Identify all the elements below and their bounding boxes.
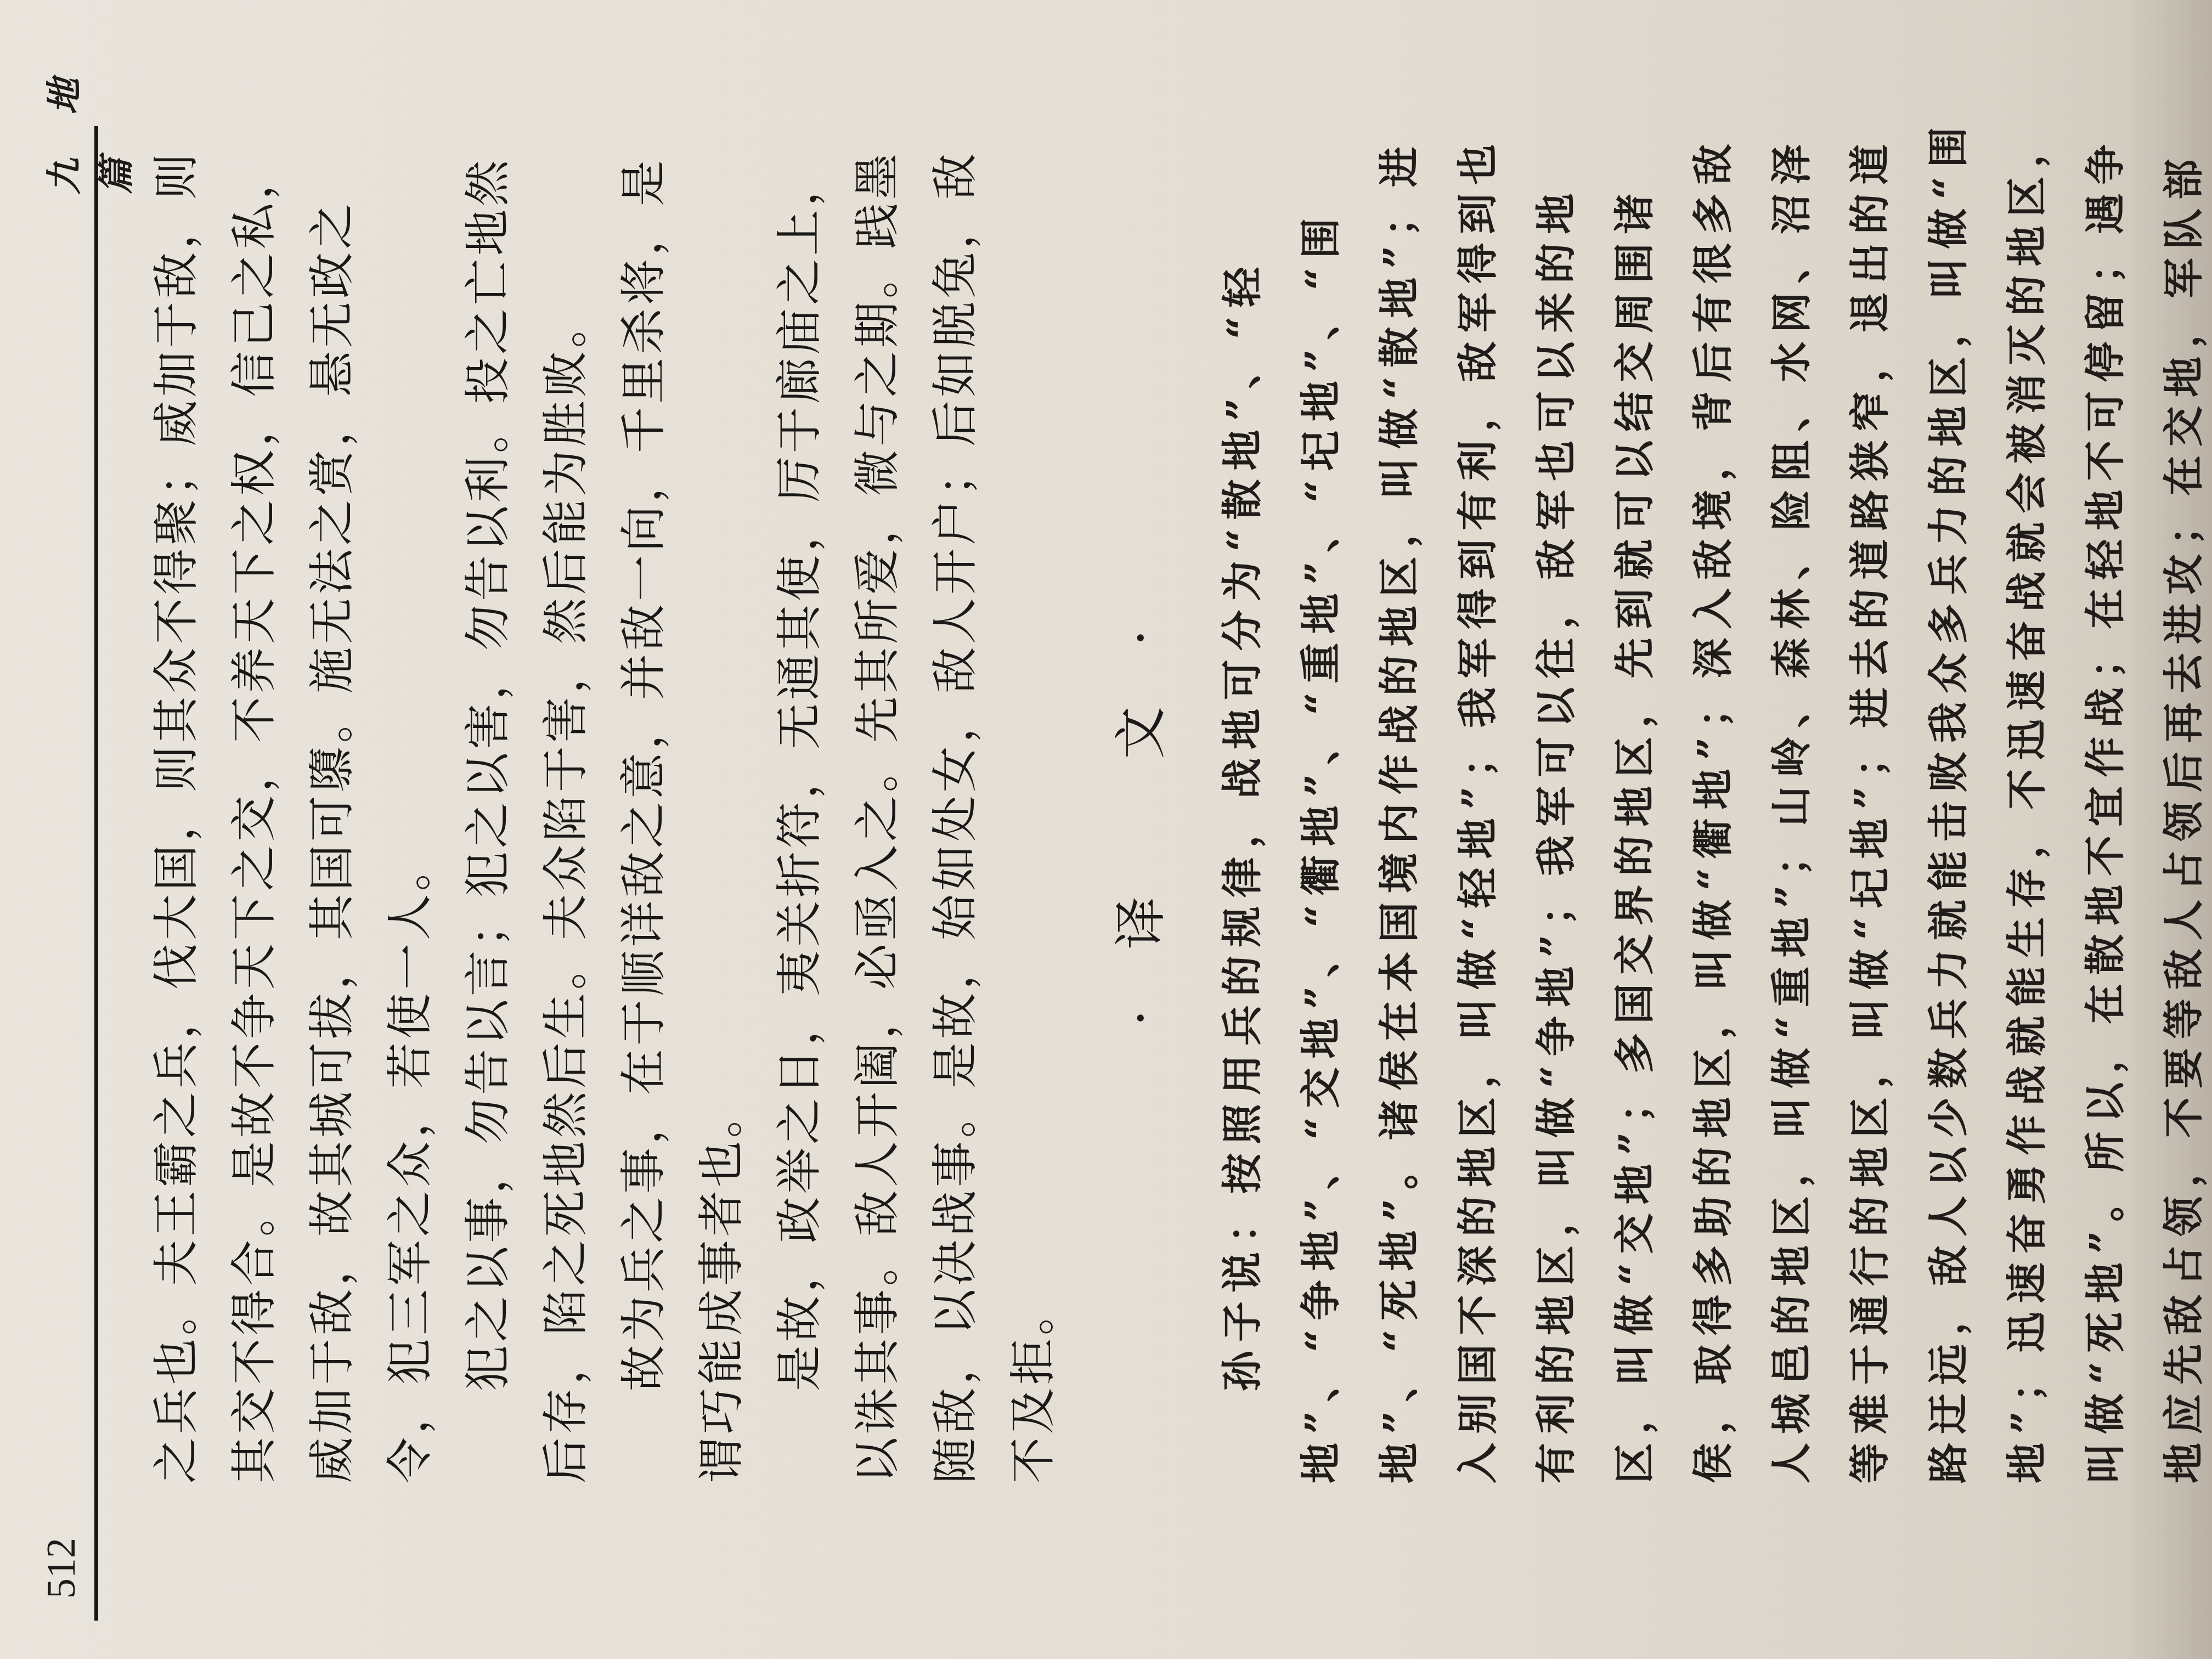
translation-paragraph: 孙子说：按照用兵的规律，战地可分为“散地”、“轻地”、“争地”、“交地”、“衢地… bbox=[1204, 112, 2212, 1483]
original-paragraph: 故为兵之事，在于顺详敌之意，并敌一向，千里杀将，是谓巧能成事者也。 bbox=[605, 112, 760, 1483]
page-number: 512 bbox=[38, 1538, 85, 1599]
original-text-section: 之兵也。夫王霸之兵，伐大国，则其众不得聚；威加于敌，则其交不得合。是故不争天下之… bbox=[137, 112, 1072, 1483]
original-paragraph: 之兵也。夫王霸之兵，伐大国，则其众不得聚；威加于敌，则其交不得合。是故不争天下之… bbox=[137, 112, 449, 1483]
original-paragraph: 犯之以事，勿告以言；犯之以害，勿告以利。投之亡地然后存，陷之死地然后生。夫众陷于… bbox=[449, 112, 605, 1483]
running-chapter-title: 九 地 篇 bbox=[35, 0, 139, 194]
translation-section: 孙子说：按照用兵的规律，战地可分为“散地”、“轻地”、“争地”、“交地”、“衢地… bbox=[1204, 112, 2212, 1483]
page-body: 之兵也。夫王霸之兵，伐大国，则其众不得聚；威加于敌，则其交不得合。是故不争天下之… bbox=[137, 112, 2212, 1483]
page-header: 512 九 地 篇 bbox=[33, 0, 93, 1599]
original-paragraph: 是故，政举之日，夷关折符，无通其使，厉于廊庙之上，以诛其事。敌人开阖，必亟入之。… bbox=[760, 112, 1072, 1483]
book-page: 512 九 地 篇 之兵也。夫王霸之兵，伐大国，则其众不得聚；威加于敌，则其交不… bbox=[0, 0, 2212, 1659]
header-rule bbox=[94, 126, 98, 1621]
translation-heading: ·译 文· bbox=[1083, 112, 1198, 1483]
